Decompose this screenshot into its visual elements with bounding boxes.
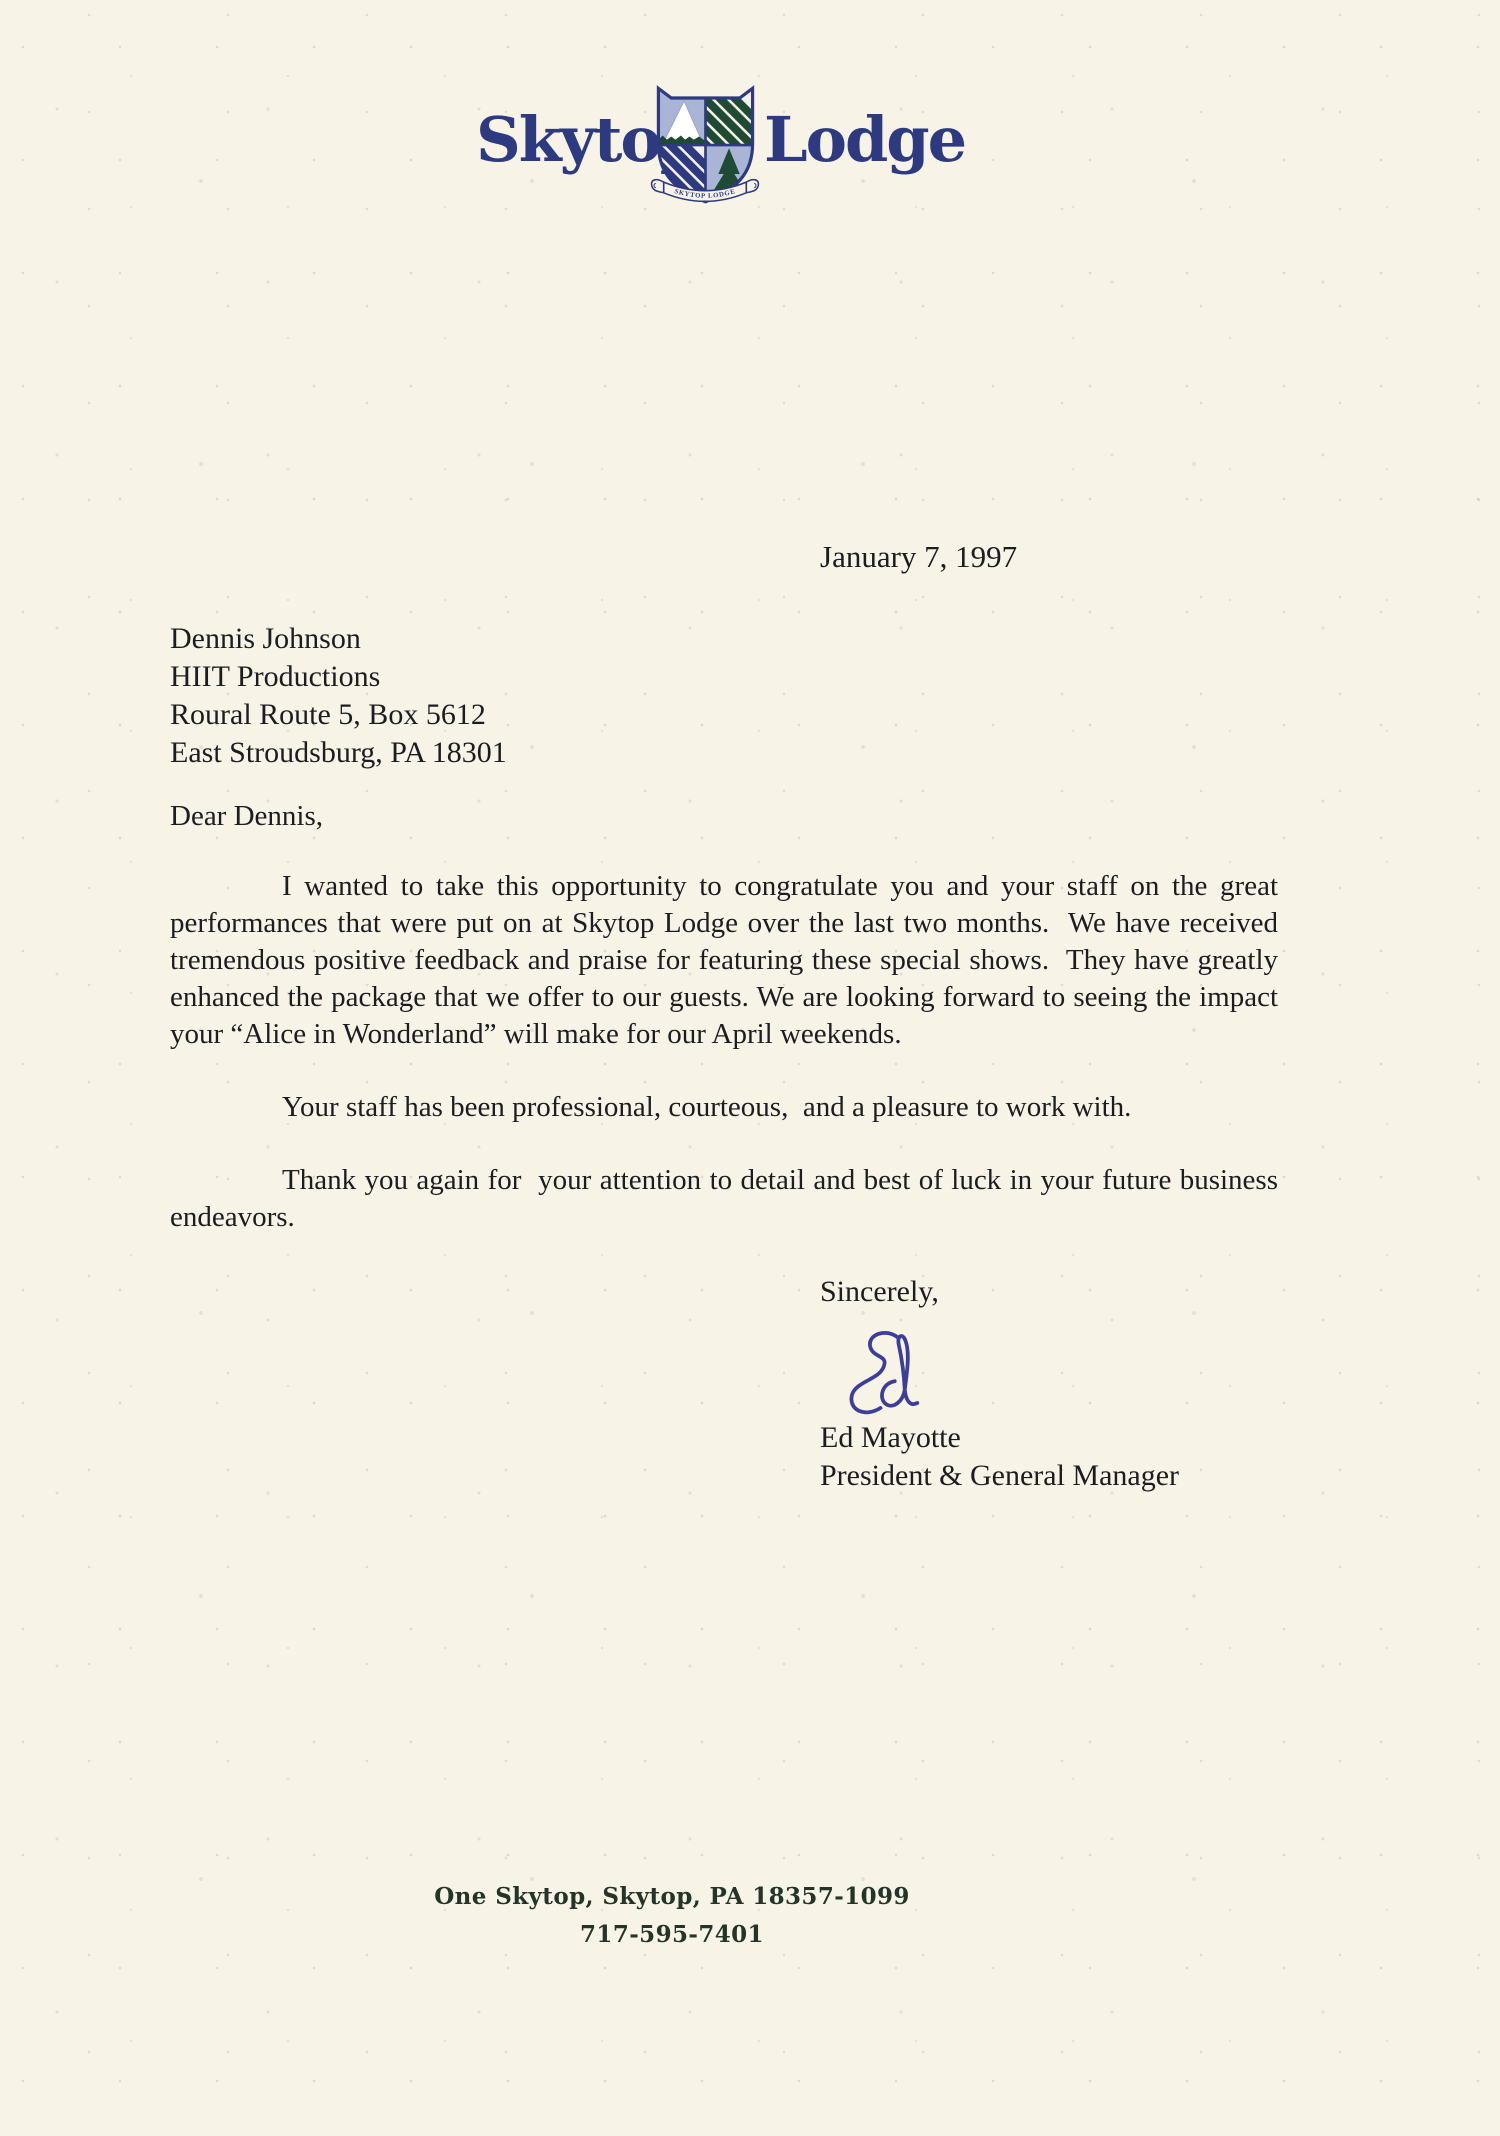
crest-banner-icon: SKYTOP LODGE	[648, 175, 762, 212]
sender-name: Ed Mayotte	[820, 1420, 961, 1456]
recipient-line: East Stroudsburg, PA 18301	[170, 734, 507, 772]
recipient-line: Dennis Johnson	[170, 620, 507, 658]
letterhead-footer: One Skytop, Skytop, PA 18357-1099 717-59…	[0, 1878, 1344, 1954]
body-paragraph: Your staff has been professional, courte…	[170, 1089, 1278, 1126]
footer-phone: 717-595-7401	[0, 1916, 1344, 1954]
salutation: Dear Dennis,	[170, 798, 323, 834]
recipient-address: Dennis Johnson HIIT Productions Roural R…	[170, 620, 507, 772]
recipient-line: Roural Route 5, Box 5612	[170, 696, 507, 734]
closing: Sincerely,	[820, 1274, 939, 1310]
body-paragraph: Thank you again for your attention to de…	[170, 1162, 1278, 1236]
signature-icon	[836, 1326, 920, 1418]
letter-page: Skytop	[0, 0, 1500, 2136]
recipient-line: HIIT Productions	[170, 658, 507, 696]
body-paragraph: I wanted to take this opportunity to con…	[170, 868, 1278, 1053]
sender-title: President & General Manager	[820, 1458, 1179, 1494]
footer-address: One Skytop, Skytop, PA 18357-1099	[0, 1878, 1344, 1916]
logo-lodge-text: Lodge	[764, 108, 965, 172]
letter-date: January 7, 1997	[820, 540, 1017, 574]
